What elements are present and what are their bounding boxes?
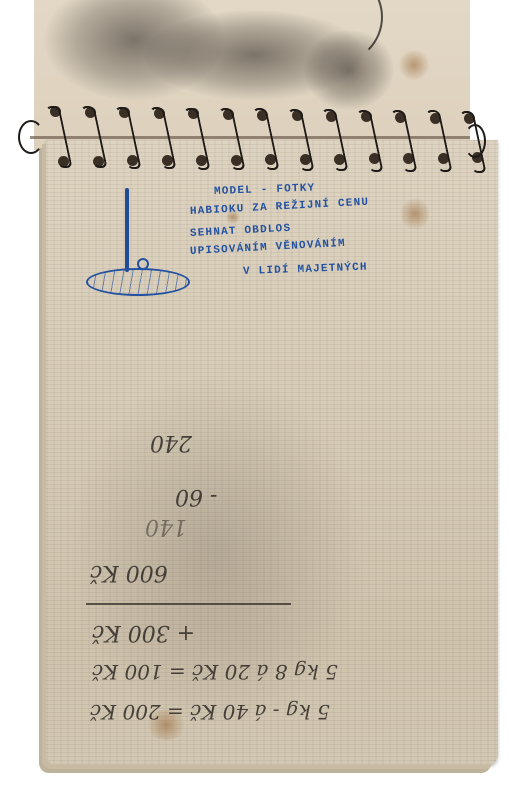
- spiral-coil: [390, 110, 417, 172]
- spiral-coil: [183, 108, 210, 170]
- boat-hull: [86, 268, 190, 296]
- spiral-coil: [149, 107, 176, 169]
- boat-mast: [125, 188, 129, 272]
- pencil-note-minus-60: - 60: [175, 484, 217, 509]
- stain: [401, 198, 429, 230]
- pencil-note-plus-300: + 300 Kč: [92, 620, 195, 645]
- spiral-coil: [321, 109, 348, 171]
- pencil-note-5kg-20: 5 kg 8 á 20 Kč = 100 Kč: [92, 660, 338, 684]
- spiral-coil: [114, 107, 141, 169]
- spiral-coil: [356, 110, 383, 172]
- pencil-divider-line: [86, 603, 291, 605]
- pencil-note-5kg-40: 5 kg - á 40 Kč = 200 Kč: [90, 700, 330, 724]
- pencil-note-600: 600 Kč: [90, 560, 168, 585]
- spiral-coil: [287, 109, 314, 171]
- spiral-coil: [80, 106, 107, 168]
- spiral-wire-end: [464, 124, 486, 158]
- spiral-coil: [218, 108, 245, 170]
- stain: [399, 50, 429, 80]
- spiral-coil: [425, 110, 452, 172]
- spiral-coil: [252, 108, 279, 170]
- pencil-note-240: 240: [150, 430, 192, 455]
- pencil-note-140: 140: [145, 514, 187, 539]
- spiral-coil: [45, 106, 72, 168]
- spiral-binding: [16, 100, 486, 170]
- spiral-wire-end: [18, 120, 44, 154]
